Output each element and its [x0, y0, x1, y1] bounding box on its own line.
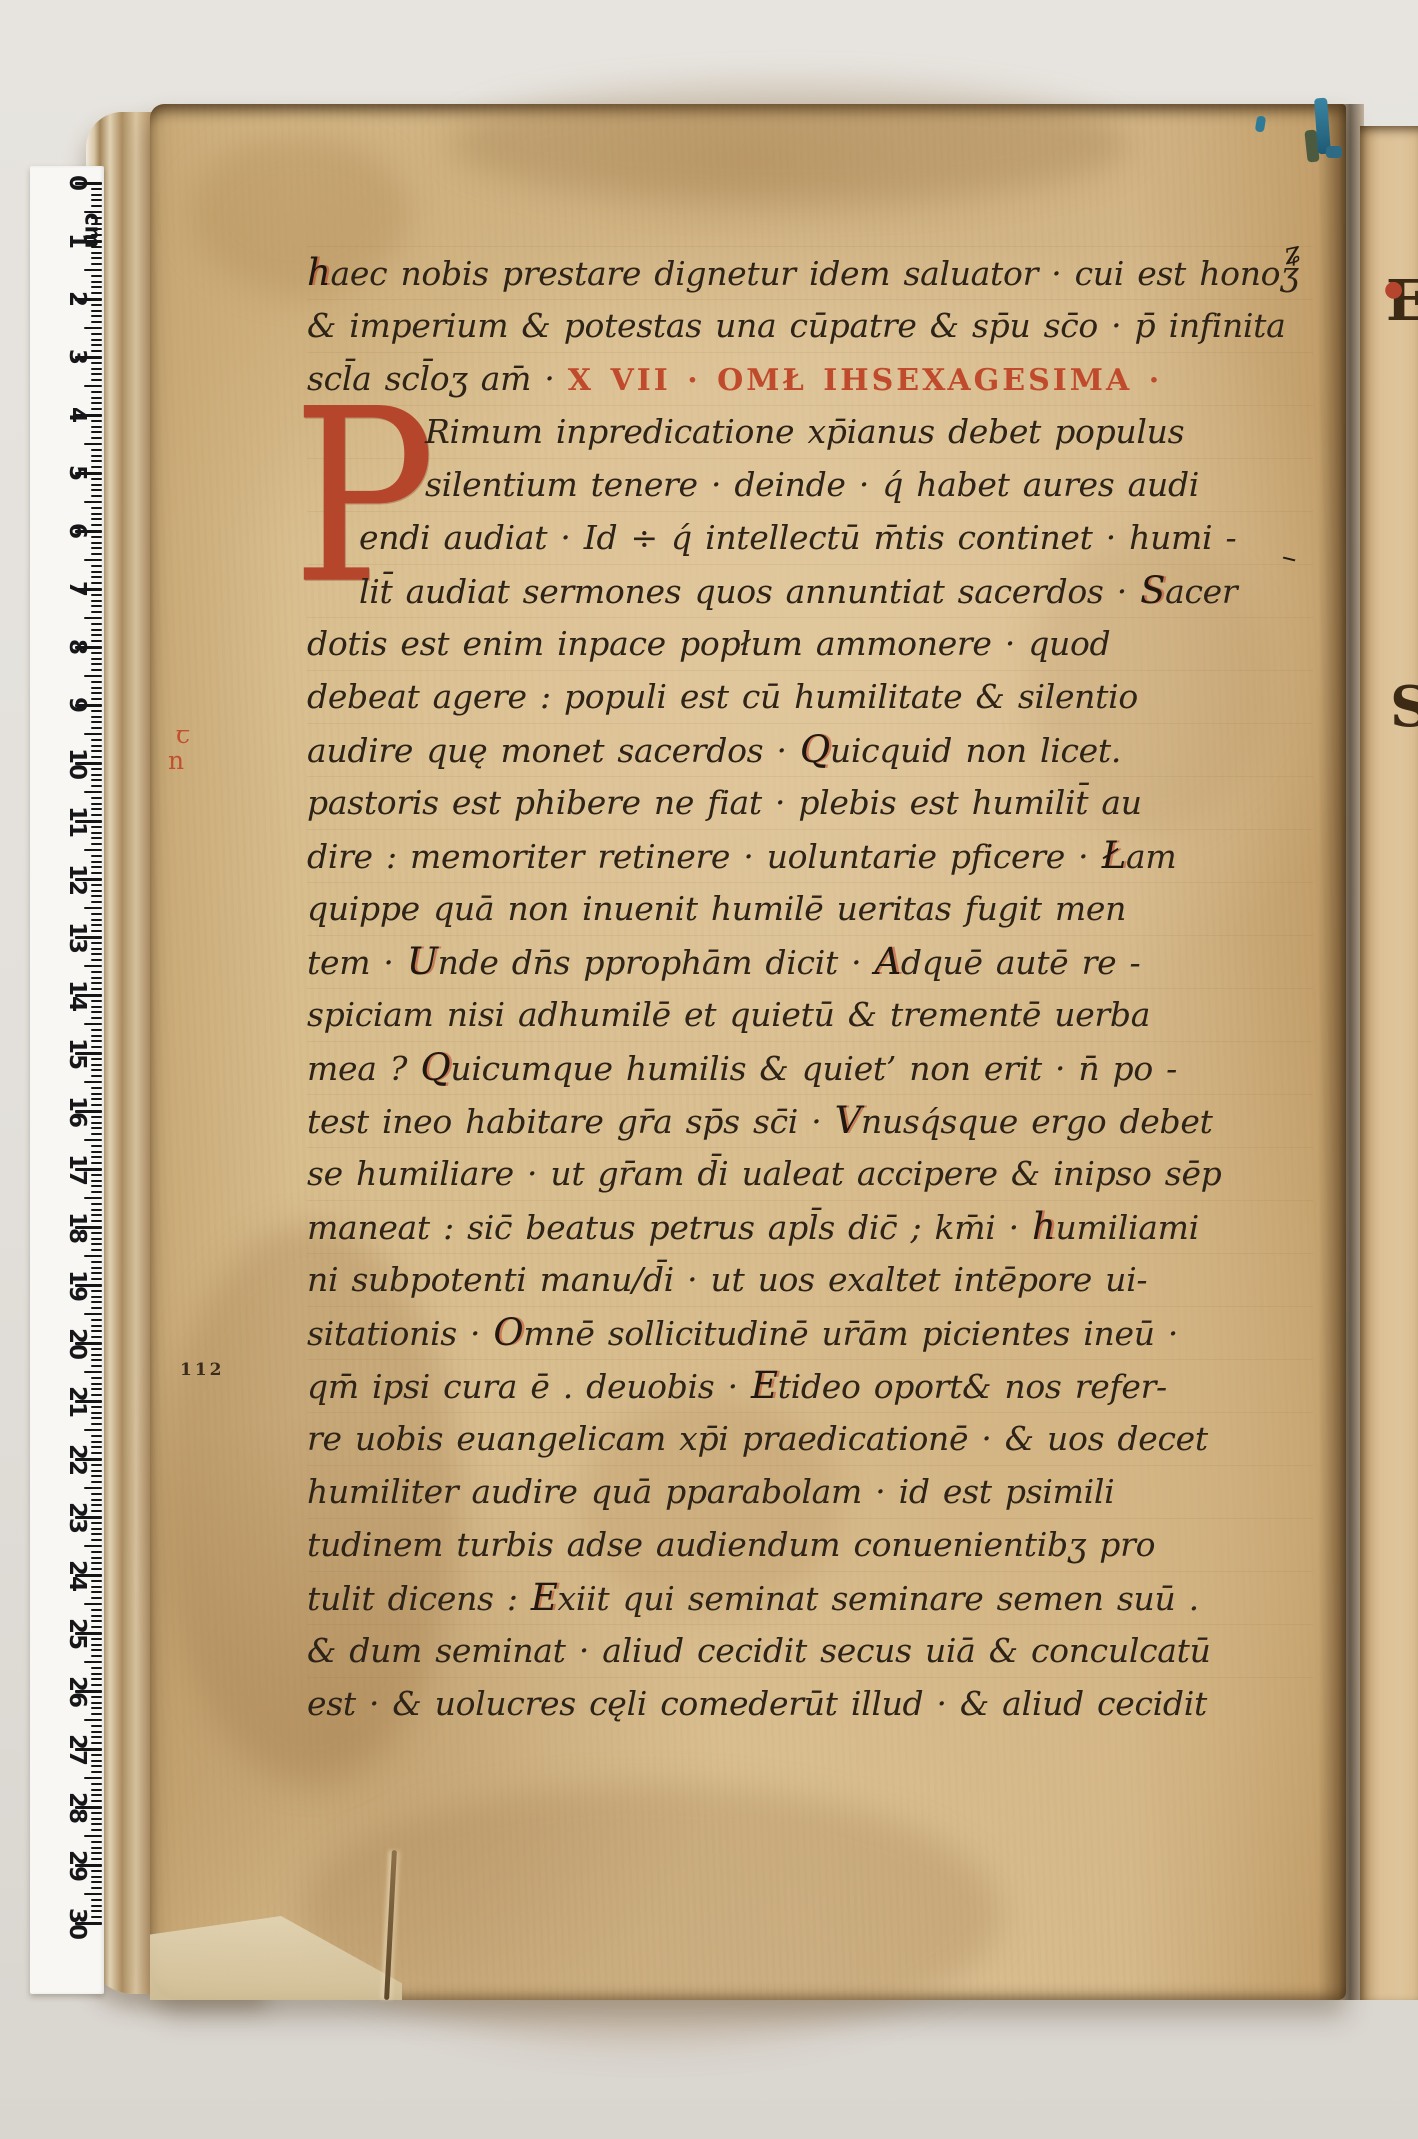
ruler-mm-tick: [91, 1823, 102, 1825]
manuscript-text-segment: debeat agere : populi est cū humilitate …: [307, 677, 1138, 716]
ruler-number: 2: [64, 284, 90, 314]
ruler-mm-tick: [91, 1678, 102, 1680]
ruler-mm-tick: [91, 466, 102, 468]
ruler-mm-tick: [91, 1203, 102, 1205]
ruler-number: 26: [64, 1676, 90, 1706]
manuscript-text-segment: uicumque humilis & quiet’ non erit · n̄ …: [450, 1049, 1177, 1088]
ruler-mm-tick: [84, 1719, 102, 1721]
manuscript-line: audire quę monet sacerdos · Quicquid non…: [307, 723, 1313, 776]
ruler-mm-tick: [91, 982, 102, 984]
ruler-mm-tick: [91, 1684, 102, 1686]
manuscript-text-segment: h: [1032, 1205, 1056, 1248]
ruler-mm-tick: [91, 681, 102, 683]
ruler-number: 15: [64, 1038, 90, 1068]
manuscript-text-segment: mnē sollicitudinē ur̄ām picientes ineū ·: [523, 1314, 1178, 1353]
ruler-mm-tick: [91, 1644, 102, 1646]
ruler-mm-tick: [91, 890, 102, 892]
ruler-mm-tick: [91, 489, 102, 491]
ruler-mm-tick: [91, 223, 102, 225]
ruler-mm-tick: [91, 1673, 102, 1675]
ruler-mm-tick: [91, 1087, 102, 1089]
ruler-mm-tick: [91, 1336, 102, 1338]
ruler-number: 7: [64, 574, 90, 604]
ruler-mm-tick: [91, 281, 102, 283]
ruler-mm-tick: [84, 501, 102, 503]
ruler-mm-tick: [91, 455, 102, 457]
ruler-mm-tick: [91, 1359, 102, 1361]
ruler-mm-tick: [91, 1649, 102, 1651]
ruler-mm-tick: [91, 692, 102, 694]
ruler-mm-tick: [91, 716, 102, 718]
ruler-mm-tick: [91, 368, 102, 370]
ruler-mm-tick: [91, 1910, 102, 1912]
ruler-mm-tick: [91, 1609, 102, 1611]
ruler-mm-tick: [91, 1122, 102, 1124]
ruler-mm-tick: [91, 1510, 102, 1512]
ruler-number: 17: [64, 1154, 90, 1184]
ruler-mm-tick: [91, 1580, 102, 1582]
manuscript-line: humiliter audire quā pparabolam · id est…: [307, 1465, 1313, 1518]
ruler-mm-tick: [91, 1151, 102, 1153]
ruler-mm-tick: [84, 1429, 102, 1431]
manuscript-line: est · & uolucres cęli comederūt illud · …: [307, 1677, 1313, 1730]
manuscript-line: ni subpotenti manu/d̄i · ut uos exaltet …: [307, 1253, 1313, 1306]
margin-red-mark: ꞇ n: [176, 722, 190, 774]
manuscript-text-segment: tudinem turbis adse audiendum conuenient…: [307, 1525, 1155, 1564]
ruler: cm 0123456789101112131415161718192021222…: [30, 166, 104, 1994]
ruler-mm-tick: [91, 1731, 102, 1733]
ruler-mm-tick: [91, 1899, 102, 1901]
manuscript-text-segment: scl̄a scl̄oʒ am̄ ·: [307, 359, 568, 398]
ruler-mm-tick: [84, 733, 102, 735]
ruler-mm-tick: [91, 217, 102, 219]
ruler-mm-tick: [91, 1916, 102, 1918]
ruler-mm-tick: [91, 774, 102, 776]
ruler-number: 29: [64, 1850, 90, 1880]
facing-page-initial-e: ●E: [1386, 268, 1418, 334]
manuscript-text-segment: re uobis euangelicam xp̄i praedicationē …: [307, 1419, 1208, 1458]
manuscript-text-segment: dotis est enim inpace popłum ammonere · …: [307, 624, 1110, 663]
ruler-mm-tick: [91, 1412, 102, 1414]
ruler-mm-tick: [91, 977, 102, 979]
manuscript-text-segment: est · & uolucres cęli comederūt illud · …: [307, 1684, 1207, 1723]
ruler-mm-tick: [91, 350, 102, 352]
manuscript-text-segment: & imperium & potestas una cūpatre & sp̄u…: [307, 306, 1286, 345]
ruler-mm-tick: [91, 652, 102, 654]
ruler-mm-tick: [84, 1081, 102, 1083]
ruler-number: 3: [64, 342, 90, 372]
ruler-mm-tick: [91, 1504, 102, 1506]
manuscript-line: se humiliare · ut gr̄am d̄i ualeat accip…: [307, 1147, 1313, 1200]
ruler-mm-tick: [91, 768, 102, 770]
manuscript-text-segment: ni subpotenti manu/d̄i · ut uos exaltet …: [307, 1260, 1147, 1299]
manuscript-text-segment: silentium tenere · deinde · q́ habet aur…: [425, 465, 1199, 504]
ruler-mm-tick: [91, 234, 102, 236]
ruler-mm-tick: [91, 246, 102, 248]
manuscript-line: dotis est enim inpace popłum ammonere · …: [307, 617, 1313, 670]
ruler-mm-tick: [91, 1058, 102, 1060]
ruler-mm-tick: [84, 1371, 102, 1373]
manuscript-line: scl̄a scl̄oʒ am̄ · X VII · OMŁ IHSEXAGES…: [307, 352, 1313, 405]
ruler-mm-tick: [91, 1220, 102, 1222]
ruler-mm-tick: [91, 379, 102, 381]
ruler-mm-tick: [91, 884, 102, 886]
ruler-mm-tick: [91, 808, 102, 810]
ruler-mm-tick: [91, 710, 102, 712]
ruler-mm-tick: [91, 542, 102, 544]
manuscript-text-segment: umiliami: [1056, 1208, 1199, 1247]
ruler-mm-tick: [91, 1533, 102, 1535]
ruler-number: 22: [64, 1444, 90, 1474]
manuscript-text-segment: mea ?: [307, 1049, 420, 1088]
manuscript-text-segment: U: [407, 940, 438, 983]
ruler-mm-tick: [91, 1185, 102, 1187]
blue-thread-remnant: [1326, 146, 1342, 158]
ruler-number: 0: [64, 168, 90, 198]
ruler-mm-tick: [91, 1858, 102, 1860]
ruler-mm-tick: [91, 872, 102, 874]
ruler-mm-tick: [91, 1000, 102, 1002]
ruler-mm-tick: [91, 391, 102, 393]
manuscript-line: & imperium & potestas una cūpatre & sp̄u…: [307, 299, 1313, 352]
ruler-mm-tick: [91, 188, 102, 190]
ruler-mm-tick: [91, 1905, 102, 1907]
manuscript-line: lit̄ audiat sermones quos annuntiat sace…: [307, 564, 1313, 617]
ruler-mm-tick: [84, 1835, 102, 1837]
manuscript-text-segment: qm̄ ipsi cura ē . deuobis ·: [307, 1367, 751, 1406]
manuscript-text-segment: Q: [800, 728, 830, 771]
ruler-number: 16: [64, 1096, 90, 1126]
manuscript-text-segment: X VII · OMŁ IHSEXAGESIMA ·: [568, 363, 1162, 398]
ruler-mm-tick: [91, 495, 102, 497]
ruler-mm-tick: [91, 1435, 102, 1437]
ruler-mm-tick: [91, 1180, 102, 1182]
manuscript-line: re uobis euangelicam xp̄i praedicationē …: [307, 1412, 1313, 1465]
ruler-mm-tick: [91, 484, 102, 486]
manuscript-text-segment: tideo oport& nos refer-: [778, 1367, 1167, 1406]
ruler-mm-tick: [91, 1267, 102, 1269]
ruler-mm-tick: [91, 594, 102, 596]
ruler-mm-tick: [91, 919, 102, 921]
ruler-mm-tick: [91, 553, 102, 555]
manuscript-line: maneat : sic̄ beatus petrus apl̄s dic̄ ;…: [307, 1200, 1313, 1253]
ruler-mm-tick: [91, 408, 102, 410]
ruler-mm-tick: [91, 275, 102, 277]
ruler-mm-tick: [91, 263, 102, 265]
manuscript-text-segment: & dum seminat · aliud cecidit secus uiā …: [307, 1631, 1211, 1670]
ruler-mm-tick: [91, 727, 102, 729]
manuscript-text-segment: O: [493, 1311, 523, 1354]
ruler-mm-tick: [91, 988, 102, 990]
ruler-mm-tick: [84, 1487, 102, 1489]
manuscript-line: & dum seminat · aliud cecidit secus uiā …: [307, 1624, 1313, 1677]
ruler-number: 23: [64, 1502, 90, 1532]
ruler-number: 30: [64, 1908, 90, 1938]
ruler-mm-tick: [91, 1214, 102, 1216]
manuscript-line: Rimum inpredicatione xp̄ianus debet popu…: [307, 405, 1313, 458]
ruler-mm-tick: [91, 257, 102, 259]
ruler-number: 28: [64, 1792, 90, 1822]
manuscript-text-segment: tem ·: [307, 943, 407, 982]
ruler-mm-tick: [84, 617, 102, 619]
ruler-mm-tick: [91, 1104, 102, 1106]
ruler-mm-tick: [84, 791, 102, 793]
ruler-mm-tick: [91, 895, 102, 897]
ruler-mm-tick: [91, 513, 102, 515]
ruler-number: 27: [64, 1734, 90, 1764]
ruler-mm-tick: [91, 310, 102, 312]
ruler-mm-tick: [91, 507, 102, 509]
ruler-mm-tick: [91, 1330, 102, 1332]
ruler-number: 1: [64, 226, 90, 256]
ruler-mm-tick: [91, 252, 102, 254]
ruler-mm-tick: [91, 1876, 102, 1878]
text-block: haec nobis prestare dignetur idem saluat…: [307, 246, 1313, 1730]
ruler-mm-tick: [91, 1794, 102, 1796]
ruler-mm-tick: [91, 611, 102, 613]
manuscript-text-segment: Ł: [1102, 834, 1126, 877]
manuscript-text-segment: Rimum inpredicatione xp̄ianus debet popu…: [425, 412, 1184, 451]
ruler-mm-tick: [91, 826, 102, 828]
ruler-mm-tick: [91, 1829, 102, 1831]
ruler-number: 14: [64, 980, 90, 1010]
ruler-mm-tick: [91, 1162, 102, 1164]
ruler-mm-tick: [91, 1417, 102, 1419]
manuscript-text-segment: quippe quā non inuenit humilē ueritas fu…: [307, 889, 1126, 928]
ruler-mm-tick: [91, 449, 102, 451]
ruler-mm-tick: [91, 634, 102, 636]
ruler-mm-tick: [91, 524, 102, 526]
ruler-number: 13: [64, 922, 90, 952]
ruler-number: 11: [64, 806, 90, 836]
ruler-mm-tick: [91, 1238, 102, 1240]
ruler-mm-tick: [91, 1881, 102, 1883]
manuscript-line: sitationis · Omnē sollicitudinē ur̄ām pi…: [307, 1306, 1313, 1359]
manuscript-text-segment: dire : memoriter retinere · uoluntarie p…: [307, 837, 1102, 876]
ruler-mm-tick: [91, 756, 102, 758]
ruler-mm-tick: [91, 814, 102, 816]
ruler-number: 9: [64, 690, 90, 720]
ruler-mm-tick: [91, 1383, 102, 1385]
ruler-mm-tick: [91, 426, 102, 428]
ruler-mm-tick: [91, 1377, 102, 1379]
margin-dark-mark: 112: [180, 1360, 225, 1380]
ruler-mm-tick: [91, 1760, 102, 1762]
ruler-mm-tick: [91, 1278, 102, 1280]
ruler-mm-tick: [91, 1296, 102, 1298]
manuscript-line: silentium tenere · deinde · q́ habet aur…: [307, 458, 1313, 511]
ruler-mm-tick: [91, 698, 102, 700]
manuscript-line: spiciam nisi adhumilē et quietū & tremen…: [307, 988, 1313, 1041]
manuscript-text-segment: S: [1140, 569, 1165, 612]
ruler-mm-tick: [91, 1586, 102, 1588]
manuscript-text-segment: tulit dicens :: [307, 1579, 531, 1618]
ruler-mm-tick: [91, 1470, 102, 1472]
ruler-number: 6: [64, 516, 90, 546]
ruler-mm-tick: [84, 1139, 102, 1141]
ruler-mm-tick: [84, 385, 102, 387]
ruler-mm-tick: [91, 629, 102, 631]
manuscript-text-segment: A: [874, 940, 900, 983]
ruler-mm-tick: [91, 1789, 102, 1791]
ruler-mm-tick: [91, 837, 102, 839]
ruler-number: 18: [64, 1212, 90, 1242]
ruler-mm-tick: [84, 1661, 102, 1663]
ruler-number: 25: [64, 1618, 90, 1648]
parchment-stain: [300, 1784, 1000, 2044]
ruler-mm-tick: [91, 1011, 102, 1013]
ruler-mm-tick: [91, 205, 102, 207]
ruler-mm-tick: [91, 779, 102, 781]
ruler-mm-tick: [91, 797, 102, 799]
ruler-mm-tick: [91, 1562, 102, 1564]
manuscript-text-segment: se humiliare · ut gr̄am d̄i ualeat accip…: [307, 1154, 1222, 1193]
manuscript-line: test ineo habitare gr̄a sp̄s sc̄i · Vnus…: [307, 1094, 1313, 1147]
manuscript-line: tulit dicens : Exiit qui seminat seminar…: [307, 1571, 1313, 1624]
ruler-mm-tick: [91, 669, 102, 671]
ruler-mm-tick: [84, 849, 102, 851]
ruler-mm-tick: [91, 518, 102, 520]
manuscript-text-segment: test ineo habitare gr̄a sp̄s sc̄i ·: [307, 1102, 835, 1141]
ruler-mm-tick: [91, 1754, 102, 1756]
ruler-mm-tick: [91, 1446, 102, 1448]
manuscript-text-segment: pastoris est phibere ne fiat · plebis es…: [307, 783, 1142, 822]
manuscript-text-segment: dquē autē re -: [901, 943, 1140, 982]
ruler-mm-tick: [91, 953, 102, 955]
ruler-mm-tick: [91, 1156, 102, 1158]
ruler-mm-tick: [91, 402, 102, 404]
ruler-mm-tick: [91, 1620, 102, 1622]
ruler-mm-tick: [91, 1040, 102, 1042]
ruler-mm-tick: [91, 687, 102, 689]
ruler-mm-tick: [84, 1603, 102, 1605]
ruler-mm-tick: [91, 1261, 102, 1263]
ruler-mm-tick: [91, 1655, 102, 1657]
ruler-mm-tick: [91, 420, 102, 422]
ruler-mm-tick: [91, 1174, 102, 1176]
ruler-mm-tick: [91, 600, 102, 602]
manuscript-text-segment: V: [835, 1099, 861, 1142]
ruler-mm-tick: [91, 803, 102, 805]
ruler-number: 8: [64, 632, 90, 662]
ruler-mm-tick: [84, 1893, 102, 1895]
ruler-mm-tick: [91, 1249, 102, 1251]
ruler-mm-tick: [91, 1742, 102, 1744]
parchment-stain: [450, 84, 1130, 204]
manuscript-line: qm̄ ipsi cura ē . deuobis · Etideo oport…: [307, 1359, 1313, 1412]
ruler-mm-tick: [84, 443, 102, 445]
ruler-mm-tick: [91, 1568, 102, 1570]
ruler-number: 20: [64, 1328, 90, 1358]
ruler-mm-tick: [91, 373, 102, 375]
ruler-mm-tick: [91, 1006, 102, 1008]
ruler-mm-tick: [91, 571, 102, 573]
ruler-mm-tick: [91, 478, 102, 480]
ruler-mm-tick: [91, 1702, 102, 1704]
manuscript-text-segment: E: [751, 1364, 778, 1407]
ruler-mm-tick: [91, 901, 102, 903]
ruler-mm-tick: [91, 1626, 102, 1628]
ruler-mm-tick: [91, 576, 102, 578]
ruler-number: 12: [64, 864, 90, 894]
manuscript-text-segment: uicquid non licet.: [830, 731, 1121, 770]
ruler-mm-tick: [91, 861, 102, 863]
ruler-mm-tick: [91, 1017, 102, 1019]
ruler-mm-tick: [91, 292, 102, 294]
ruler-mm-tick: [91, 1707, 102, 1709]
manuscript-text-segment: endi audiat · Id ÷ q́ intellectū m̄tis c…: [359, 518, 1236, 557]
ruler-mm-tick: [91, 1499, 102, 1501]
ruler-mm-tick: [91, 1493, 102, 1495]
manuscript-text-segment: maneat : sic̄ beatus petrus apl̄s dic̄ ;…: [307, 1208, 1032, 1247]
ruler-mm-tick: [91, 1847, 102, 1849]
ruler-mm-tick: [91, 344, 102, 346]
manuscript-line: dire : memoriter retinere · uoluntarie p…: [307, 829, 1313, 882]
ruler-mm-tick: [91, 1464, 102, 1466]
manuscript-line: pastoris est phibere ne fiat · plebis es…: [307, 776, 1313, 829]
ruler-mm-tick: [91, 1841, 102, 1843]
ruler-mm-tick: [91, 1325, 102, 1327]
ruler-mm-tick: [91, 930, 102, 932]
ruler-mm-tick: [91, 1591, 102, 1593]
ruler-mm-tick: [91, 1481, 102, 1483]
ruler-mm-tick: [91, 1765, 102, 1767]
ruler-mm-tick: [91, 362, 102, 364]
ruler-mm-tick: [91, 1638, 102, 1640]
ruler-mm-tick: [91, 1475, 102, 1477]
manuscript-text-segment: humiliter audire quā pparabolam · id est…: [307, 1472, 1114, 1511]
ruler-mm-tick: [91, 1441, 102, 1443]
manuscript-text-segment: xiit qui seminat seminare semen suū .: [558, 1579, 1199, 1618]
ruler-mm-tick: [91, 1870, 102, 1872]
manuscript-text-segment: nusq́sque ergo debet: [861, 1102, 1213, 1141]
ruler-number: 5: [64, 458, 90, 488]
ruler-mm-tick: [91, 1736, 102, 1738]
ruler-mm-tick: [91, 1075, 102, 1077]
ruler-mm-tick: [91, 1713, 102, 1715]
ruler-mm-tick: [91, 1725, 102, 1727]
ruler-mm-tick: [84, 907, 102, 909]
ruler-mm-tick: [91, 194, 102, 196]
ruler-mm-tick: [91, 565, 102, 567]
ruler-mm-tick: [91, 315, 102, 317]
ruler-mm-tick: [91, 1406, 102, 1408]
ruler-mm-tick: [91, 1232, 102, 1234]
ruler-number: 4: [64, 400, 90, 430]
ruler-mm-tick: [91, 1145, 102, 1147]
ruler-mm-tick: [91, 1319, 102, 1321]
ruler-mm-tick: [91, 1539, 102, 1541]
ruler-mm-tick: [84, 965, 102, 967]
ruler-mm-tick: [91, 1818, 102, 1820]
ruler-mm-tick: [91, 304, 102, 306]
ruler-mm-tick: [91, 832, 102, 834]
ruler-mm-tick: [91, 1209, 102, 1211]
ruler-mm-tick: [91, 460, 102, 462]
photo-of-manuscript: { "photo": { "backdrop_color": "#e3e0db"…: [0, 0, 1418, 2139]
ruler-mm-tick: [91, 1551, 102, 1553]
ruler-mm-tick: [84, 269, 102, 271]
ruler-mm-tick: [91, 1354, 102, 1356]
manuscript-line: debeat agere : populi est cū humilitate …: [307, 670, 1313, 723]
manuscript-line: quippe quā non inuenit humilē ueritas fu…: [307, 882, 1313, 935]
book-gutter-crease: [1318, 104, 1364, 2000]
ruler-mm-tick: [91, 785, 102, 787]
ruler-mm-tick: [91, 1812, 102, 1814]
ruler-mm-tick: [84, 1023, 102, 1025]
ruler-mm-tick: [91, 547, 102, 549]
ruler-mm-tick: [91, 1667, 102, 1669]
